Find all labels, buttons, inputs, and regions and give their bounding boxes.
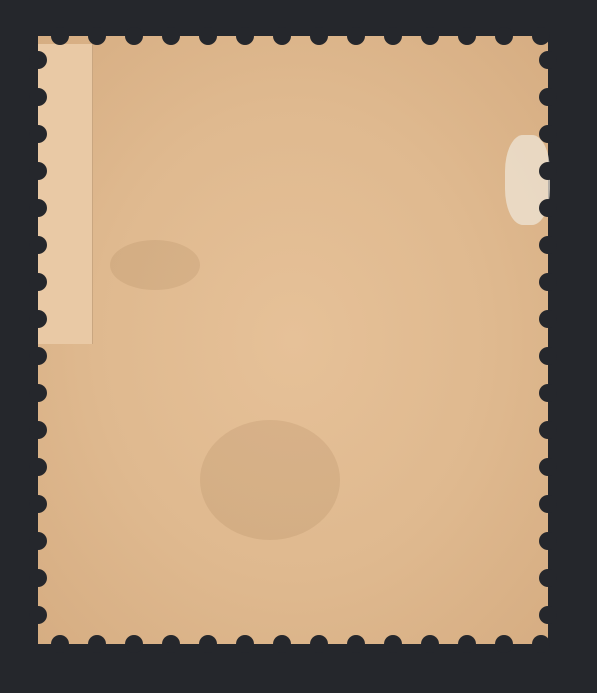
perforation-hole: [421, 27, 439, 45]
perforation-hole: [495, 27, 513, 45]
perforation-hole: [236, 635, 254, 653]
perforation-hole: [29, 606, 47, 624]
perforation-hole: [495, 635, 513, 653]
perforation-hole: [29, 51, 47, 69]
perforation-hole: [539, 495, 557, 513]
perforation-hole: [310, 635, 328, 653]
perforation-hole: [539, 569, 557, 587]
perforation-hole: [384, 635, 402, 653]
perforation-hole: [162, 635, 180, 653]
perforation-hole: [29, 495, 47, 513]
perforation-hole: [347, 27, 365, 45]
perforation-hole: [236, 27, 254, 45]
perforation-hole: [539, 88, 557, 106]
perforation-hole: [29, 236, 47, 254]
perforation-hole: [51, 27, 69, 45]
perforation-hole: [532, 635, 550, 653]
perforation-hole: [29, 199, 47, 217]
perforation-hole: [539, 236, 557, 254]
perforation-hole: [29, 273, 47, 291]
perforation-hole: [199, 27, 217, 45]
perforation-hole: [51, 635, 69, 653]
perforation-hole: [29, 88, 47, 106]
perforation-hole: [532, 27, 550, 45]
perforation-hole: [29, 310, 47, 328]
perforation-hole: [539, 162, 557, 180]
perforation-hole: [273, 635, 291, 653]
perforation-hole: [29, 162, 47, 180]
perforation-hole: [539, 606, 557, 624]
hinge-remnant: [38, 44, 93, 344]
perforation-hole: [310, 27, 328, 45]
perforation-hole: [29, 347, 47, 365]
stain: [110, 240, 200, 290]
perforation-hole: [539, 273, 557, 291]
perforation-hole: [29, 125, 47, 143]
perforation-hole: [273, 27, 291, 45]
stain: [200, 420, 340, 540]
perforation-hole: [539, 458, 557, 476]
perforation-hole: [29, 569, 47, 587]
perforation-hole: [29, 384, 47, 402]
perforation-hole: [539, 347, 557, 365]
perforation-hole: [29, 458, 47, 476]
perforation-hole: [539, 310, 557, 328]
perforation-hole: [539, 532, 557, 550]
perforation-hole: [539, 125, 557, 143]
perforation-hole: [539, 199, 557, 217]
perforation-hole: [347, 635, 365, 653]
perforation-hole: [125, 27, 143, 45]
perforation-hole: [458, 635, 476, 653]
perforation-hole: [162, 27, 180, 45]
perforation-hole: [421, 635, 439, 653]
perforation-hole: [539, 51, 557, 69]
perforation-hole: [125, 635, 143, 653]
perforation-hole: [539, 384, 557, 402]
perforation-hole: [384, 27, 402, 45]
perforation-hole: [458, 27, 476, 45]
perforation-hole: [88, 635, 106, 653]
perforation-hole: [88, 27, 106, 45]
perforation-hole: [539, 421, 557, 439]
perforation-hole: [29, 421, 47, 439]
perforation-hole: [199, 635, 217, 653]
perforation-hole: [29, 532, 47, 550]
stamp-back: [38, 36, 548, 644]
